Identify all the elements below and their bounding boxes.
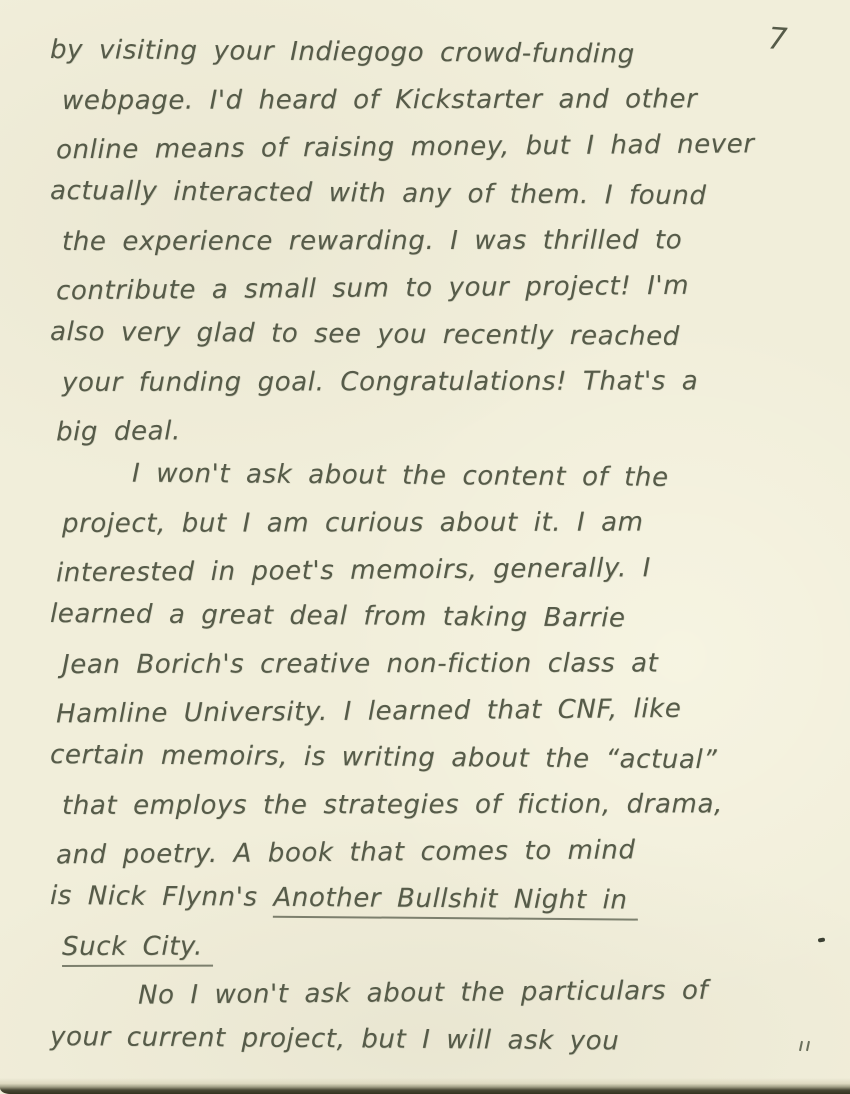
handwritten-line: interested in poet's memoirs, generally.… bbox=[56, 544, 826, 598]
handwritten-text: project, but I am curious about it. I am bbox=[62, 507, 644, 539]
handwritten-text: also very glad to see you recently reach… bbox=[50, 317, 680, 352]
handwritten-line: project, but I am curious about it. I am bbox=[62, 499, 832, 548]
handwritten-line: learned a great deal from taking Barrie bbox=[50, 591, 820, 644]
handwritten-text: online means of raising money, but I had… bbox=[56, 129, 755, 165]
handwritten-line: big deal. bbox=[56, 403, 826, 457]
handwritten-text: by visiting your Indiegogo crowd-funding bbox=[50, 35, 635, 70]
handwritten-text: contribute a small sum to your project! … bbox=[56, 271, 689, 307]
handwritten-line: the experience rewarding. I was thrilled… bbox=[62, 217, 832, 266]
handwritten-line: Suck City. bbox=[62, 922, 832, 971]
handwritten-text: and poetry. A book that comes to mind bbox=[56, 835, 636, 870]
handwritten-text: Jean Borich's creative non-fiction class… bbox=[62, 648, 659, 680]
handwritten-text: I won't ask about the content of the bbox=[132, 459, 669, 493]
handwritten-text: certain memoirs, is writing about the “a… bbox=[50, 740, 718, 775]
handwritten-line: actually interacted with any of them. I … bbox=[50, 168, 820, 221]
handwritten-text: your funding goal. Congratulations! That… bbox=[62, 366, 698, 398]
handwritten-line: Jean Borich's creative non-fiction class… bbox=[62, 640, 832, 689]
handwritten-text: your current project, but I will ask you bbox=[50, 1022, 620, 1056]
handwritten-line: contribute a small sum to your project! … bbox=[56, 262, 826, 316]
handwritten-line: I won't ask about the content of the bbox=[50, 450, 820, 503]
handwritten-line: Hamline University. I learned that CNF, … bbox=[56, 685, 826, 739]
handwritten-text: webpage. I'd heard of Kickstarter and ot… bbox=[62, 84, 697, 116]
handwritten-line: and poetry. A book that comes to mind bbox=[56, 826, 826, 880]
handwritten-line: No I won't ask about the particulars of bbox=[56, 967, 826, 1021]
handwritten-text: actually interacted with any of them. I … bbox=[50, 176, 707, 211]
handwritten-text: No I won't ask about the particulars of bbox=[138, 976, 709, 1011]
underlined-book-title: Another Bullshit Night in bbox=[273, 883, 637, 921]
handwritten-text: big deal. bbox=[56, 416, 181, 447]
handwritten-line: by visiting your Indiegogo crowd-funding bbox=[50, 27, 820, 80]
handwritten-line: your funding goal. Congratulations! That… bbox=[62, 358, 832, 407]
handwritten-text: learned a great deal from taking Barrie bbox=[50, 599, 626, 634]
underlined-book-title: Suck City. bbox=[62, 932, 213, 967]
handwritten-text: is Nick Flynn's bbox=[50, 881, 274, 913]
handwritten-text: Hamline University. I learned that CNF, … bbox=[56, 694, 682, 729]
letter-body: by visiting your Indiegogo crowd-funding… bbox=[52, 30, 822, 1064]
page-bottom-edge bbox=[0, 1078, 850, 1094]
handwritten-line: is Nick Flynn's Another Bullshit Night i… bbox=[50, 873, 820, 926]
handwritten-letter-page: 7 by visiting your Indiegogo crowd-fundi… bbox=[0, 0, 850, 1094]
handwritten-line: certain memoirs, is writing about the “a… bbox=[50, 732, 820, 785]
handwritten-text: interested in poet's memoirs, generally.… bbox=[56, 553, 651, 588]
pencil-tick-marks bbox=[800, 1036, 814, 1055]
handwritten-line: also very glad to see you recently reach… bbox=[50, 309, 820, 362]
handwritten-line: webpage. I'd heard of Kickstarter and ot… bbox=[62, 76, 832, 125]
handwritten-line: your current project, but I will ask you bbox=[50, 1014, 820, 1067]
handwritten-text: the experience rewarding. I was thrilled… bbox=[62, 225, 682, 257]
handwritten-text: that employs the strategies of fiction, … bbox=[62, 789, 723, 821]
handwritten-line: that employs the strategies of fiction, … bbox=[62, 781, 832, 830]
handwritten-line: online means of raising money, but I had… bbox=[56, 121, 826, 175]
